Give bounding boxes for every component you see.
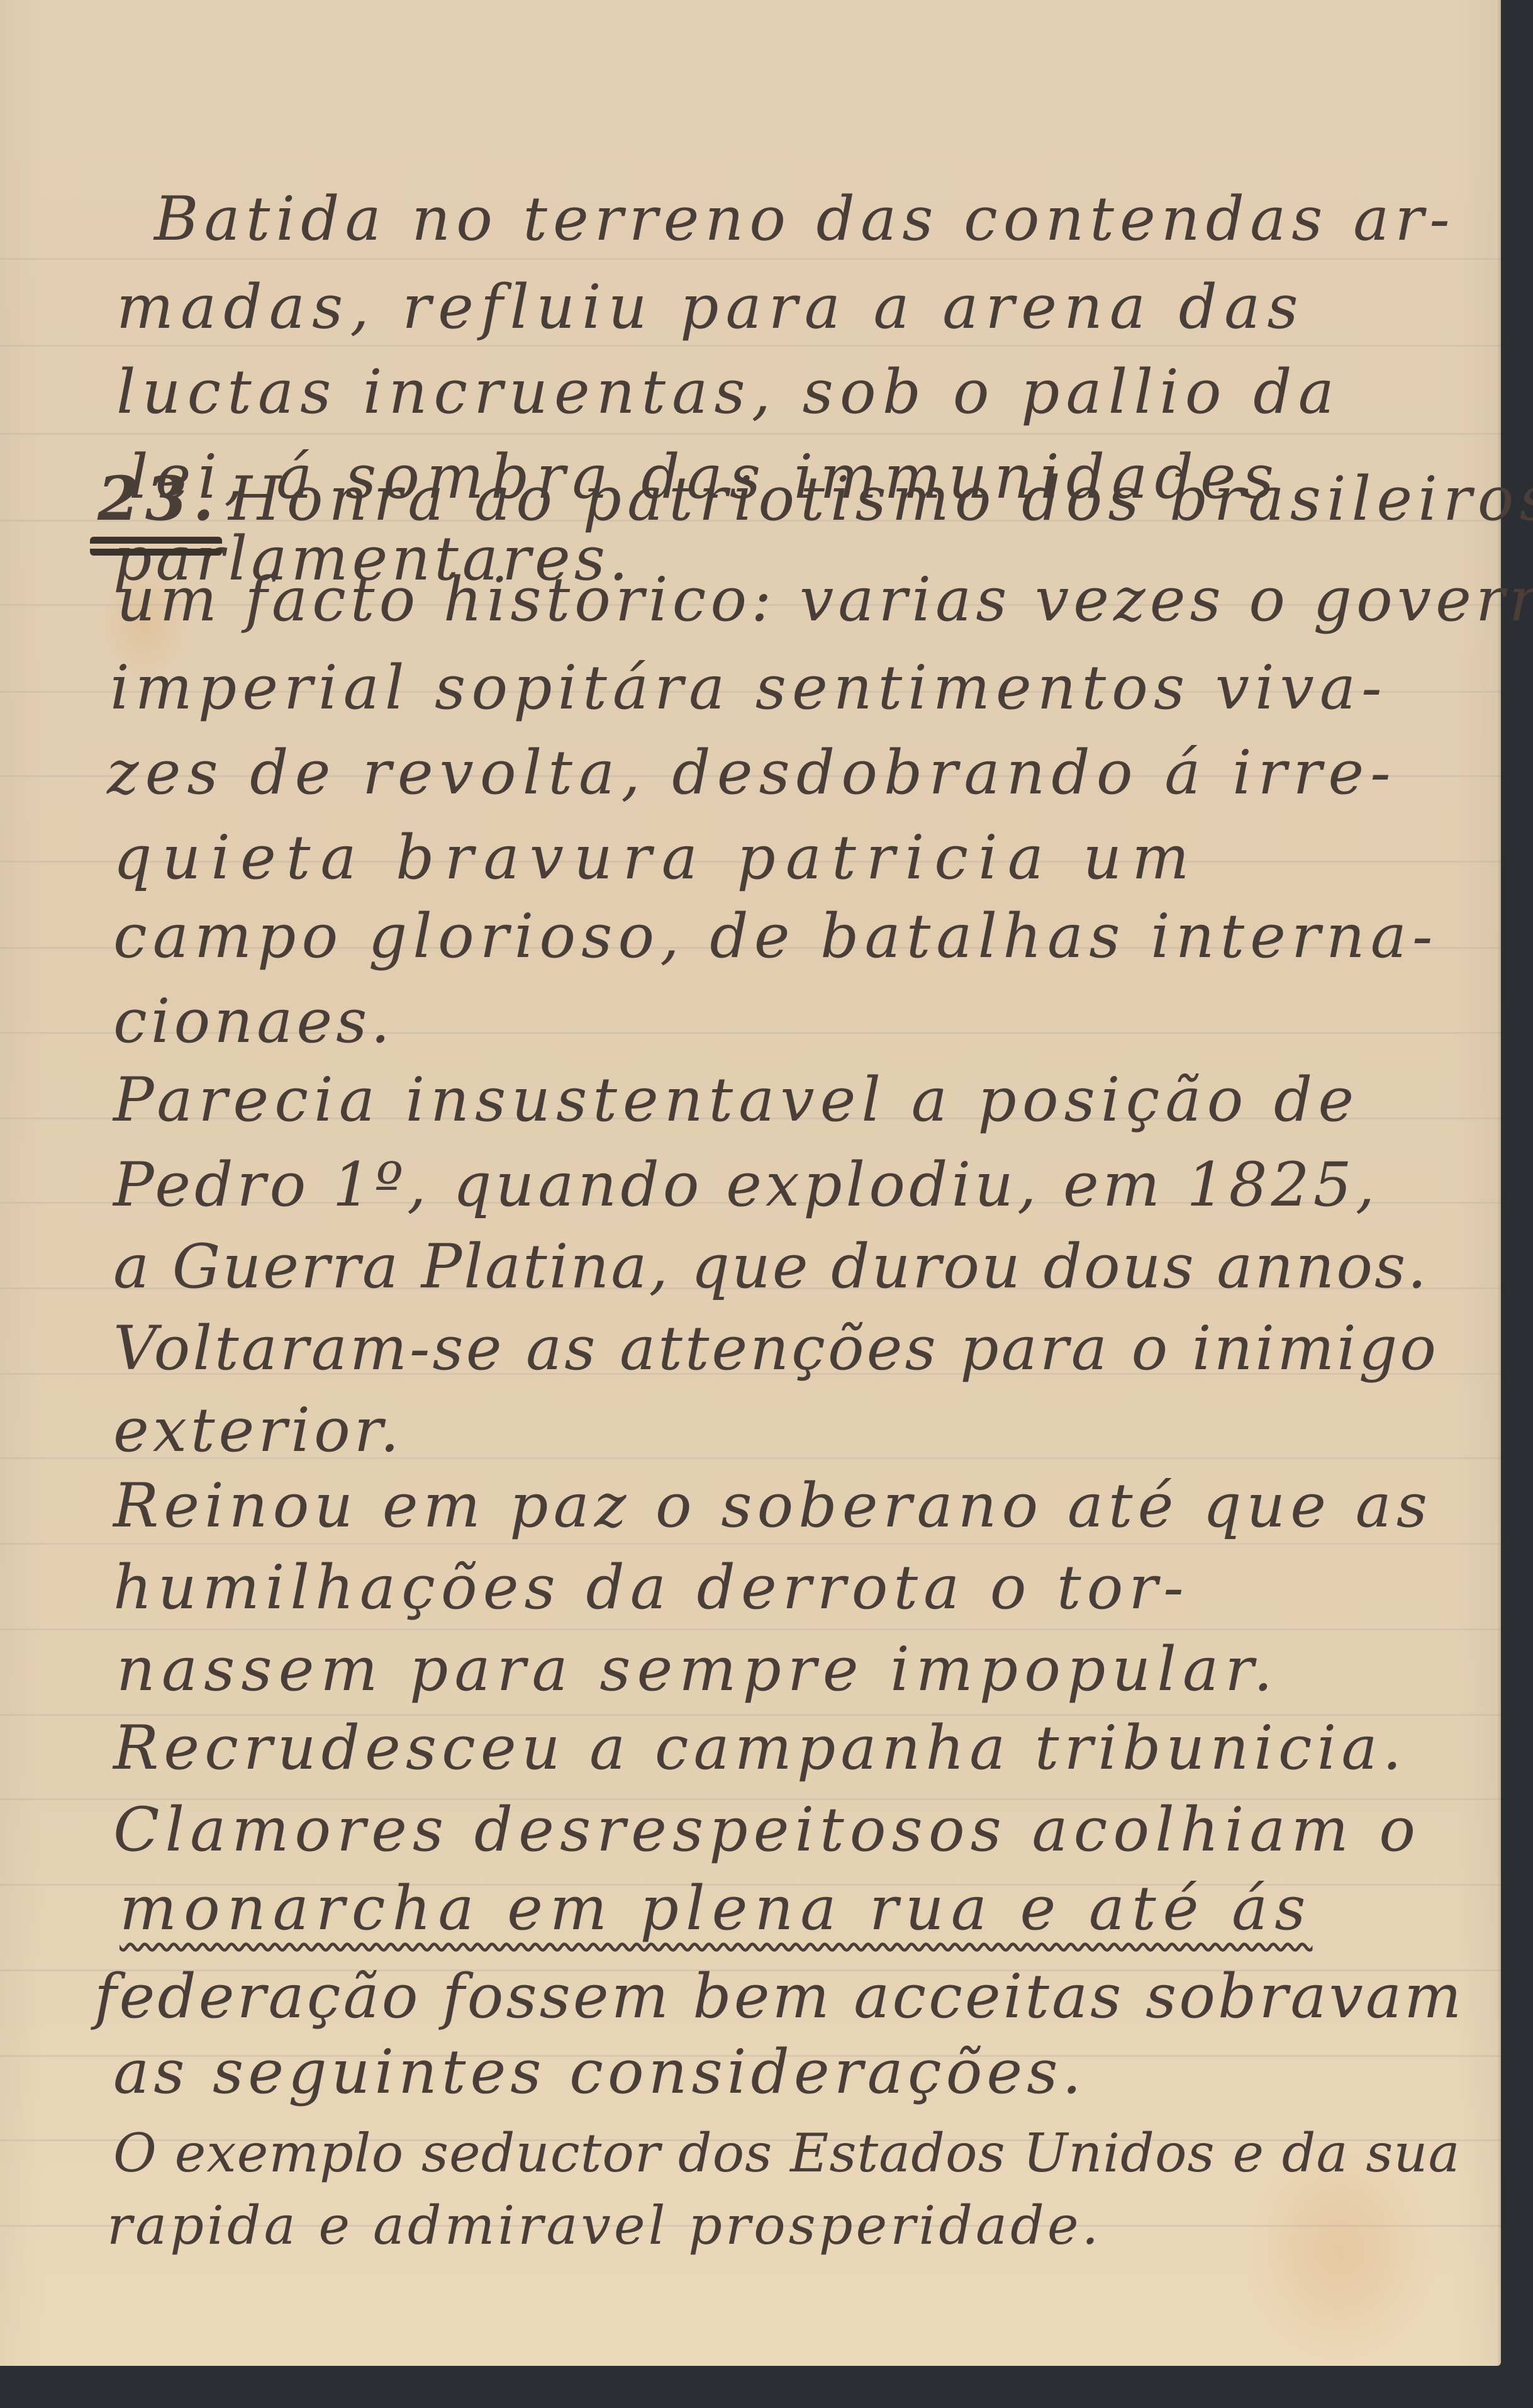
text-line: Reinou em paz o soberano até que as <box>113 1476 1432 1536</box>
text-line: Voltaram-se as attenções para o inimigo <box>113 1318 1439 1379</box>
text-line: cionaes. <box>113 991 394 1051</box>
page-edge <box>1497 0 1501 2366</box>
text-line: Honra ao patriotismo dos brasileiros <box>228 464 1533 534</box>
ruled-line <box>0 258 1501 260</box>
text-line: um facto historico: varias vezes o gover… <box>116 569 1533 630</box>
text-line: nassem para sempre impopular. <box>116 1639 1279 1700</box>
text-line: quieta bravura patricia um <box>113 827 1199 888</box>
ruled-line <box>0 433 1501 435</box>
section-heading-line: 23.Honra ao patriotismo dos brasileiros <box>98 469 1533 529</box>
text-line: humilhações da derrota o tor- <box>113 1557 1190 1618</box>
text-line: zes de revolta, desdobrando á irre- <box>107 742 1397 803</box>
text-line: Parecia insustentavel a posição de <box>113 1070 1359 1130</box>
text-line: imperial sopitára sentimentos viva- <box>110 658 1388 718</box>
text-line: rapida e admiravel prosperidade. <box>107 2199 1101 2252</box>
text-line: Pedro 1º, quando explodiu, em 1825, <box>113 1155 1378 1215</box>
text-line: a Guerra Platina, que durou dous annos. <box>113 1236 1429 1297</box>
text-line: as seguintes considerações. <box>113 2042 1086 2102</box>
text-line: campo glorioso, de batalhas interna- <box>113 906 1438 966</box>
text-line: madas, refluiu para a arena das <box>116 277 1305 337</box>
text-line: federação fossem bem acceitas sobravam <box>94 1966 1464 2027</box>
text-line: O exemplo seductor dos Estados Unidos e … <box>113 2127 1461 2180</box>
ruled-line <box>0 345 1501 347</box>
text-line: Batida no terreno das contendas ar- <box>154 189 1456 249</box>
ruled-line <box>0 1543 1501 1545</box>
text-line: luctas incruentas, sob o pallio da <box>116 362 1341 422</box>
section-number: 23. <box>98 469 220 529</box>
text-line: Recrudesceu a campanha tribunicia. <box>113 1718 1407 1778</box>
ruled-line <box>0 1628 1501 1630</box>
underlined-text-line: monarcha em plena rua e até ás <box>120 1878 1312 1939</box>
text-line: Clamores desrespeitosos acolhiam o <box>113 1800 1421 1860</box>
text-line: exterior. <box>113 1400 403 1460</box>
manuscript-page: Batida no terreno das contendas ar- mada… <box>0 0 1501 2366</box>
